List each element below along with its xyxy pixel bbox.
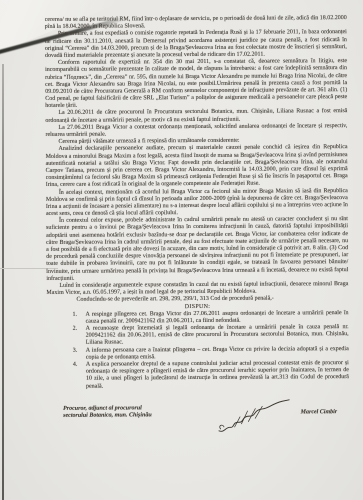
signer-name: Marcel Cimbir bbox=[301, 404, 338, 416]
page-edge-shadow bbox=[2, 64, 4, 500]
scanned-document-page: cererea/ nu se afla pe teritoriul RM, fi… bbox=[0, 0, 363, 500]
item-number: 3. bbox=[73, 347, 86, 361]
item-text: A recunoaște drept întemeiată și legală … bbox=[86, 324, 349, 347]
item-number: 4. bbox=[73, 362, 86, 391]
paragraph: În contextul celor expuse, probele admin… bbox=[46, 216, 348, 283]
handwritten-signature bbox=[210, 398, 298, 434]
paragraph: Analizînd declarațiile persoanelor audia… bbox=[46, 144, 348, 189]
signer-role: Procuror, adjunct al procurorul sectorul… bbox=[63, 405, 185, 420]
item-text: A explica persoanelor dreptul de a supun… bbox=[86, 360, 349, 390]
dispun-item: 4. A explica persoanelor dreptul de a su… bbox=[73, 360, 349, 390]
item-number: 2. bbox=[73, 326, 86, 348]
dispun-list: 1. A respinge plîngerea cet. Braga Victo… bbox=[73, 310, 349, 391]
signature-block: Procuror, adjunct al procurorul sectorul… bbox=[47, 404, 349, 433]
paragraph: În același context, menționăm că acordul… bbox=[46, 188, 348, 219]
item-number: 1. bbox=[73, 311, 86, 325]
document-body: cererea/ nu se afla pe teritoriul RM, fi… bbox=[45, 15, 350, 433]
signer-role-line2: sectorului Botanica, mun. Chișinău bbox=[63, 412, 185, 420]
dispun-item: 2. A recunoaște drept întemeiată și lega… bbox=[73, 324, 349, 347]
item-text: A informa persoana care a înaintat plîng… bbox=[86, 346, 349, 362]
paragraph: Prin urmare, a fost expediată o comisie … bbox=[45, 29, 347, 60]
paragraph: Conform raportului de expertiză nr. 354 … bbox=[45, 58, 347, 110]
